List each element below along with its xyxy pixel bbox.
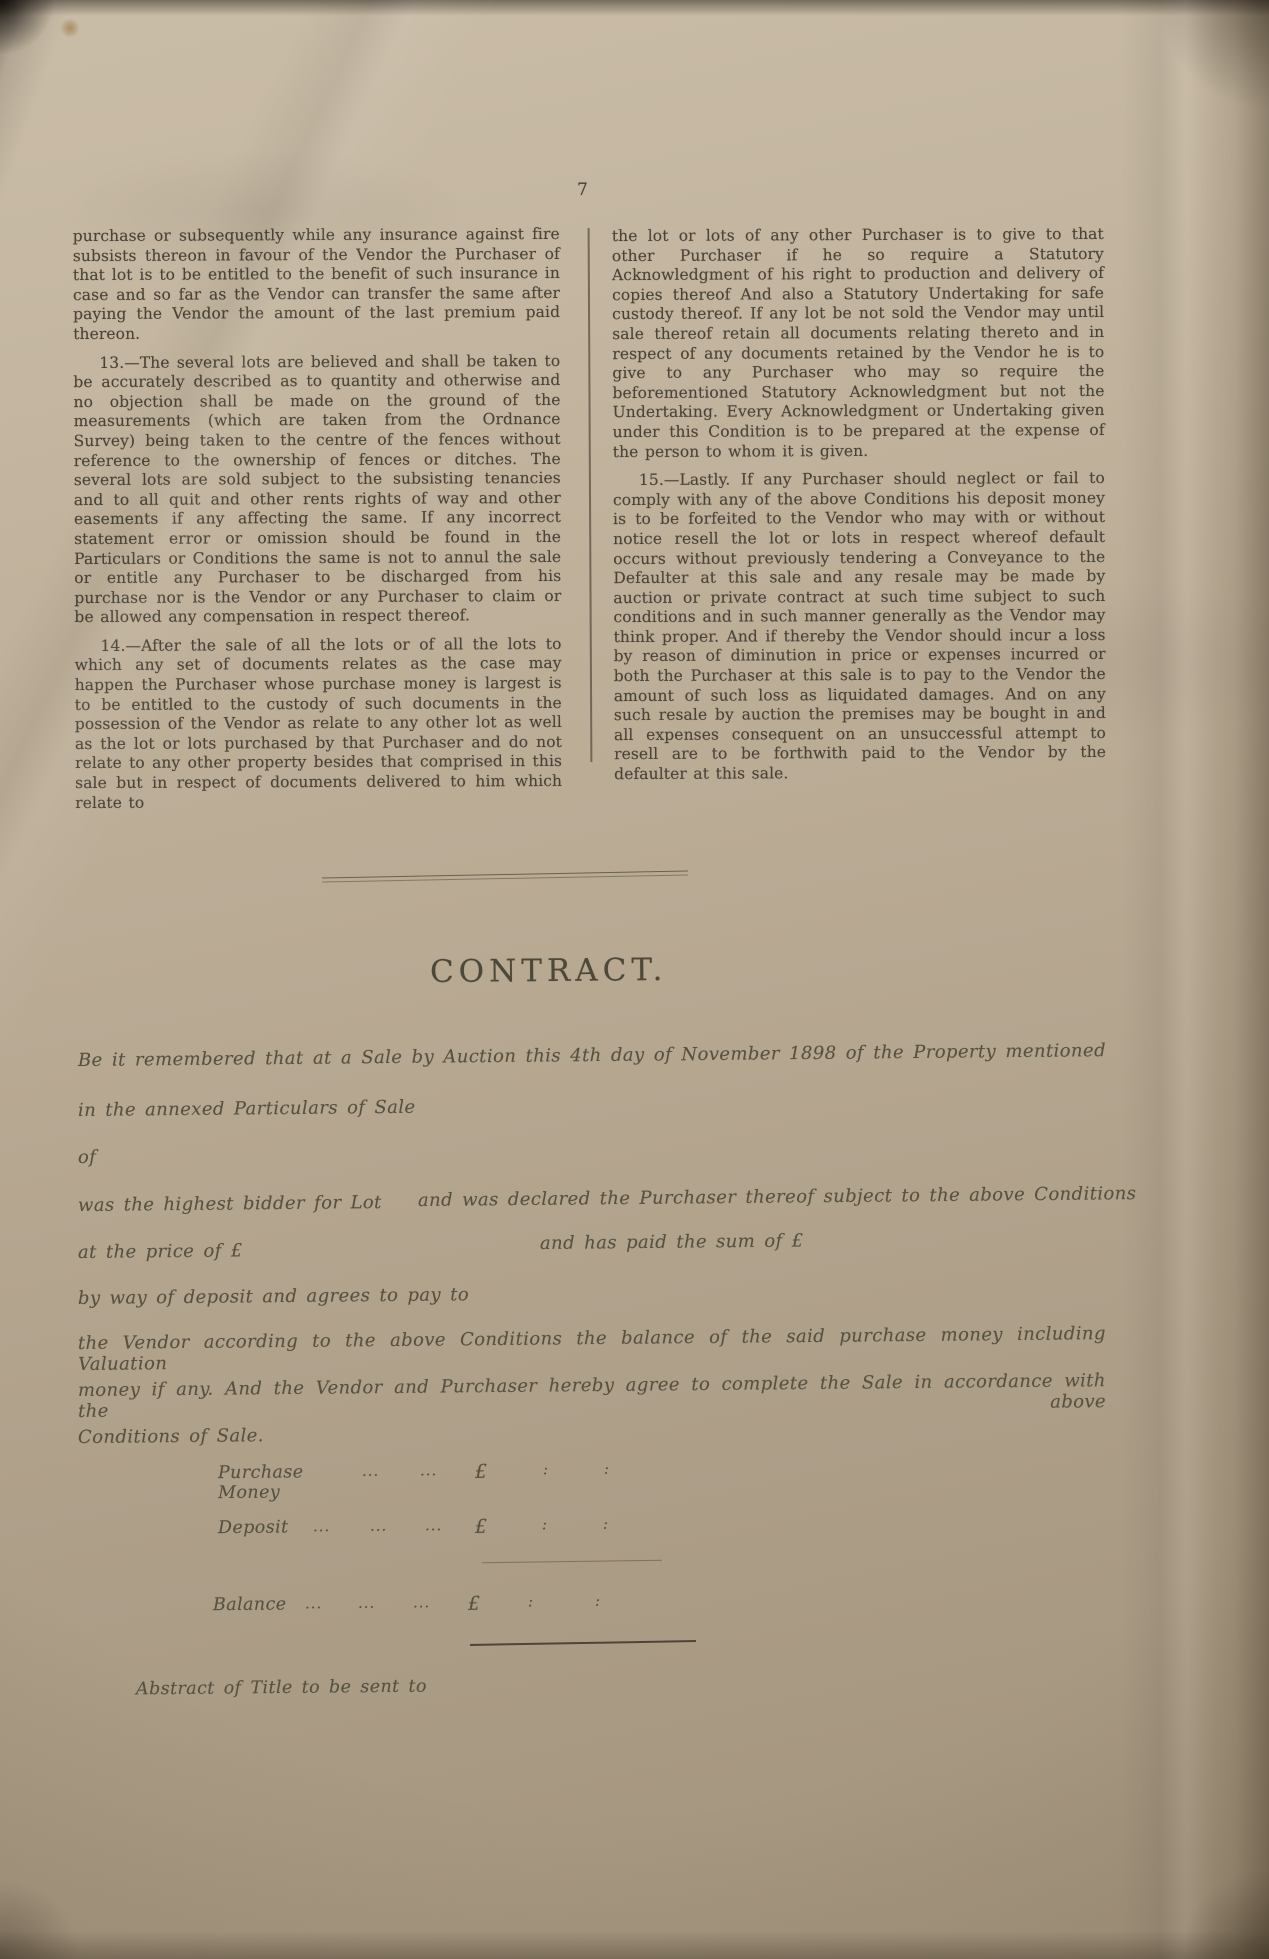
- shillings-colon: :: [542, 1515, 547, 1533]
- balance-label: Balance: [213, 1594, 287, 1615]
- condition-13-paragraph: 13.—The several lots are believed and sh…: [73, 352, 561, 628]
- contract-line-2: in the annexed Particulars of Sale: [78, 1097, 416, 1121]
- balance-sum-rule: [470, 1640, 696, 1646]
- pound-sign: £: [475, 1461, 487, 1483]
- leader-dots: ...: [358, 1594, 375, 1612]
- abstract-of-title-line: Abstract of Title to be sent to: [136, 1677, 427, 1700]
- deposit-sum-rule: [482, 1560, 662, 1564]
- contract-line-3: of: [78, 1147, 97, 1168]
- contract-line-5-left: at the price of £: [78, 1240, 243, 1263]
- condition-continuation-right-paragraph: the lot or lots of any other Purchaser i…: [612, 225, 1105, 462]
- shillings-colon: :: [528, 1592, 533, 1610]
- contract-line-5-right: and has paid the sum of £: [540, 1230, 804, 1254]
- contract-line-6: by way of deposit and agrees to pay to: [78, 1284, 469, 1309]
- contract-line-9: Conditions of Sale.: [78, 1425, 264, 1448]
- leader-dots: ...: [425, 1516, 442, 1534]
- leader-dots: ...: [420, 1461, 437, 1479]
- contract-line-7: the Vendor according to the above Condit…: [78, 1323, 1106, 1375]
- pence-colon: :: [604, 1460, 609, 1478]
- leader-dots: ...: [370, 1517, 387, 1535]
- pound-sign: £: [475, 1516, 487, 1538]
- shillings-colon: :: [543, 1460, 548, 1478]
- leader-dots: ...: [305, 1594, 322, 1612]
- pence-colon: :: [603, 1515, 608, 1533]
- contract-line-8: money if any. And the Vendor and Purchas…: [78, 1370, 1106, 1422]
- contract-line-4-right: and was declared the Purchaser thereof s…: [418, 1183, 1137, 1211]
- page-number: 7: [577, 180, 589, 200]
- pound-sign: £: [468, 1593, 480, 1615]
- purchase-money-label: Purchase Money: [218, 1462, 304, 1503]
- leader-dots: ...: [362, 1462, 379, 1480]
- column-divider-rule: [588, 228, 592, 762]
- deposit-label: Deposit: [218, 1517, 289, 1538]
- contract-line-4-left: was the highest bidder for Lot: [78, 1192, 382, 1216]
- condition-continuation-paragraph: purchase or subsequently while any insur…: [73, 225, 561, 345]
- document-page: 7 purchase or subsequently while any ins…: [0, 0, 1269, 1959]
- contract-line-1: Be it remembered that at a Sale by Aucti…: [78, 1040, 1106, 1071]
- condition-14-paragraph: 14.—After the sale of all the lots or of…: [74, 635, 562, 813]
- section-divider-rule: [322, 870, 688, 882]
- leader-dots: ...: [313, 1517, 330, 1535]
- leader-dots: ...: [413, 1593, 430, 1611]
- condition-15-paragraph: 15.—Lastly. If any Purchaser should negl…: [613, 469, 1106, 785]
- conditions-left-column: purchase or subsequently while any insur…: [73, 225, 563, 822]
- pence-colon: :: [595, 1592, 600, 1610]
- contract-heading: CONTRACT.: [430, 952, 668, 990]
- conditions-right-column: the lot or lots of any other Purchaser i…: [612, 225, 1106, 794]
